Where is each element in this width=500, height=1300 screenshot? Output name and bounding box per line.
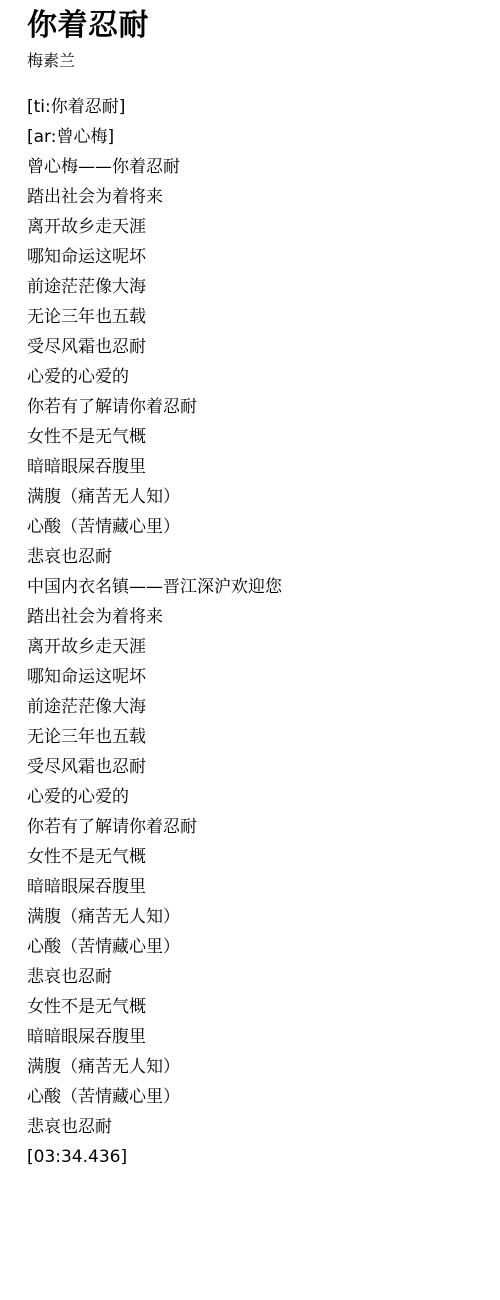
lyric-line: 踏出社会为着将来 [27,602,490,632]
lyric-line: 心酸（苦情藏心里） [27,1082,490,1112]
lyric-line: 无论三年也五载 [27,722,490,752]
lyric-line: 踏出社会为着将来 [27,182,490,212]
lyric-line: 暗暗眼屎吞腹里 [27,1022,490,1052]
page-title: 你着忍耐 [27,8,490,44]
lyric-line: 受尽风霜也忍耐 [27,752,490,782]
lyric-line: 暗暗眼屎吞腹里 [27,452,490,482]
lyric-line: 满腹（痛苦无人知） [27,902,490,932]
lyric-line: 受尽风霜也忍耐 [27,332,490,362]
lyric-line: 女性不是无气概 [27,422,490,452]
lyric-line: [ti:你着忍耐] [27,92,490,122]
lyric-line: 悲哀也忍耐 [27,962,490,992]
lyric-line: 女性不是无气概 [27,842,490,872]
lyric-line: 暗暗眼屎吞腹里 [27,872,490,902]
lyric-line: 心爱的心爱的 [27,782,490,812]
lyric-line: 中国内衣名镇——晋江深沪欢迎您 [27,572,490,602]
lyric-line: 哪知命运这呢坏 [27,242,490,272]
lyric-line: 心酸（苦情藏心里） [27,512,490,542]
lyric-line: 你若有了解请你着忍耐 [27,392,490,422]
lyric-line: [ar:曾心梅] [27,122,490,152]
artist-name: 梅素兰 [27,50,490,72]
lyric-line: 悲哀也忍耐 [27,1112,490,1142]
lyric-line: 离开故乡走天涯 [27,632,490,662]
lyric-line: 满腹（痛苦无人知） [27,1052,490,1082]
lyric-line: 前途茫茫像大海 [27,692,490,722]
lyric-line: 离开故乡走天涯 [27,212,490,242]
lyrics-page: { "page": { "title": "你着忍耐", "artist": "… [0,0,500,1300]
lyric-line: 心爱的心爱的 [27,362,490,392]
lyric-line: 无论三年也五载 [27,302,490,332]
lyric-line: 你若有了解请你着忍耐 [27,812,490,842]
lyric-line: 前途茫茫像大海 [27,272,490,302]
lyric-line: 哪知命运这呢坏 [27,662,490,692]
lyrics-text: [ti:你着忍耐][ar:曾心梅]曾心梅——你着忍耐踏出社会为着将来离开故乡走天… [27,92,490,1172]
lyric-line: 悲哀也忍耐 [27,542,490,572]
lyric-line: 心酸（苦情藏心里） [27,932,490,962]
lyric-line: 女性不是无气概 [27,992,490,1022]
lyric-line: [03:34.436] [27,1142,490,1172]
lyric-line: 曾心梅——你着忍耐 [27,152,490,182]
lyric-line: 满腹（痛苦无人知） [27,482,490,512]
